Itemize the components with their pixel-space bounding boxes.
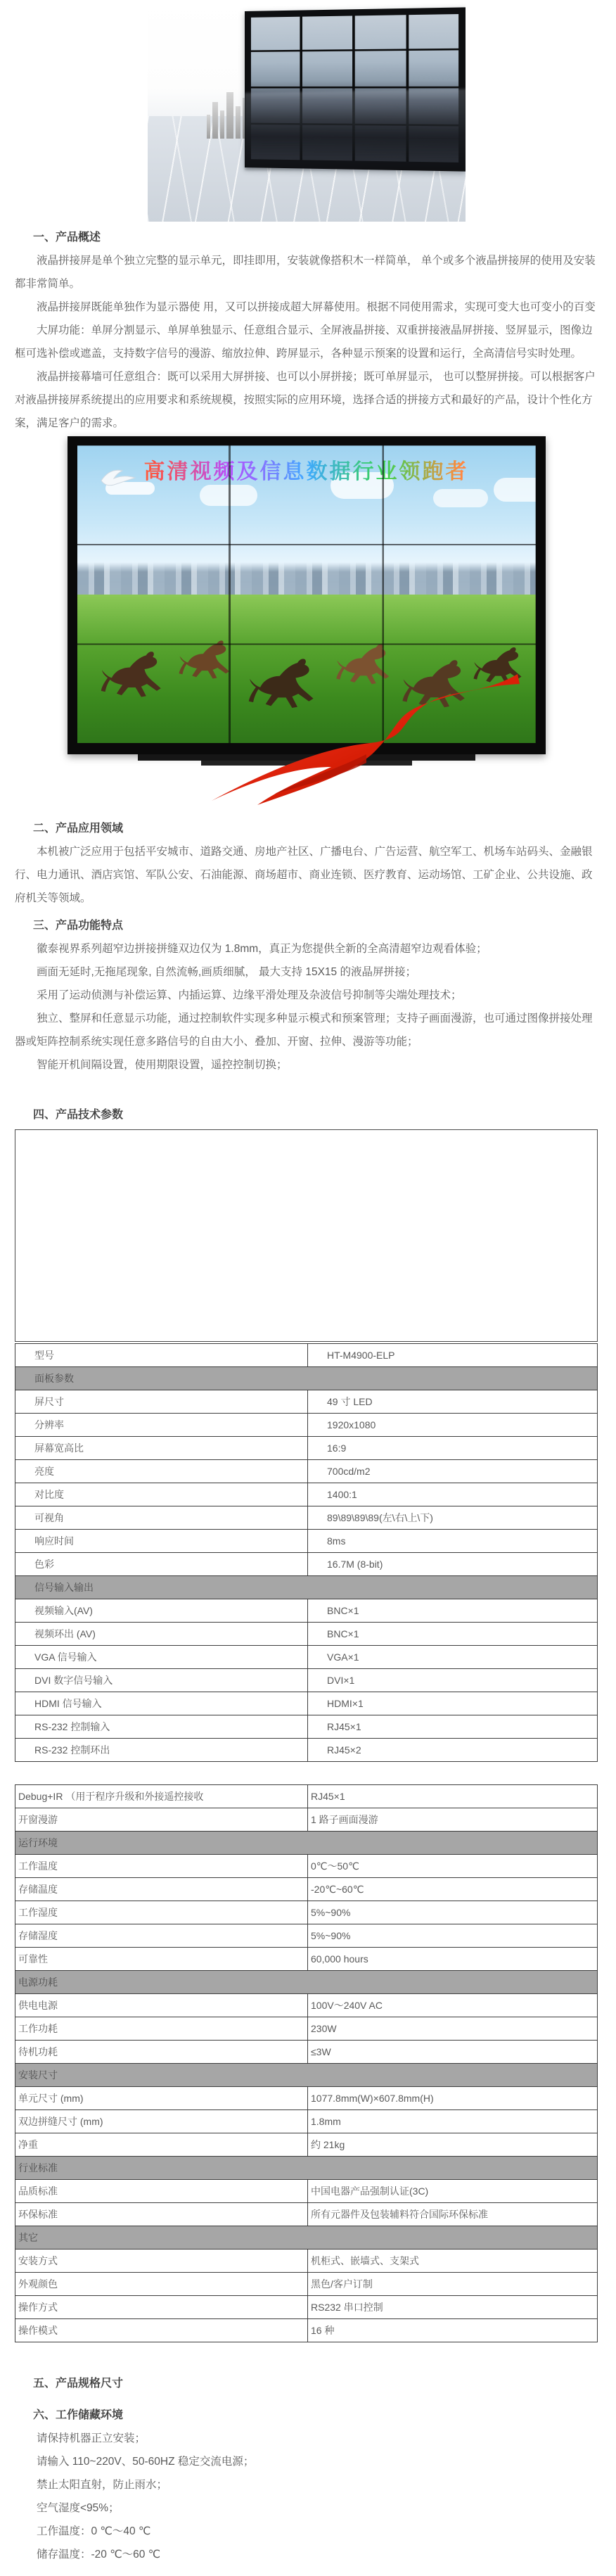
spec-row: 响应时间8ms	[15, 1530, 598, 1553]
spec-section-title: 信号输入输出	[15, 1576, 598, 1599]
spec-value: RJ45×1	[308, 1785, 598, 1808]
spec-key: 待机功耗	[15, 2041, 308, 2064]
spec-section-title: 安装尺寸	[15, 2064, 598, 2087]
spec-value: -20℃~60℃	[308, 1878, 598, 1901]
spec-value: 0℃～50℃	[308, 1855, 598, 1878]
feature-item: 智能开机间隔设置，使用期限设置，遥控控制切换；	[15, 1053, 598, 1077]
spec-key: RS-232 控制输入	[15, 1715, 308, 1739]
spec-row: 亮度700cd/m2	[15, 1460, 598, 1483]
spec-key: 亮度	[15, 1460, 308, 1483]
spec-key: 对比度	[15, 1483, 308, 1506]
spec-key: 操作方式	[15, 2296, 308, 2319]
spec-key: 视频环出 (AV)	[15, 1623, 308, 1646]
spec-key: 单元尺寸 (mm)	[15, 2087, 308, 2110]
spec-key: 供电电源	[15, 1994, 308, 2017]
spec-row: 视频环出 (AV)BNC×1	[15, 1623, 598, 1646]
spec-row: RS-232 控制环出RJ45×2	[15, 1739, 598, 1762]
spec-value: DVI×1	[308, 1669, 598, 1692]
overview-paragraphs: 液晶拼接屏是单个独立完整的显示单元，即挂即用，安装就像搭积木一样简单， 单个或多…	[15, 249, 598, 435]
spec-row: 型号HT-M4900-ELP	[15, 1344, 598, 1367]
table-gap	[15, 1762, 598, 1783]
feature-item: 独立、整屏和任意显示功能，通过控制软件实现多种显示模式和预案管理；支持子画面漫游…	[15, 1007, 598, 1053]
spec-value: 89\89\89\89(左\右\上\下)	[308, 1506, 598, 1530]
spec-row: 视频输入(AV)BNC×1	[15, 1599, 598, 1623]
spec-row: 外观颜色黑色/客户订制	[15, 2273, 598, 2296]
spec-key: 工作温度	[15, 1855, 308, 1878]
spec-row: HDMI 信号输入HDMI×1	[15, 1692, 598, 1715]
spec-key: 屏幕宽高比	[15, 1437, 308, 1460]
environment-line: 禁止太阳直射，防止雨水；	[15, 2473, 598, 2496]
spec-table-other: Debug+IR （用于程序升级和外接遥控接收RJ45×1开窗漫游1 路子画面漫…	[15, 1784, 598, 2342]
spec-key: 环保标准	[15, 2203, 308, 2226]
spec-value: 所有元器件及包装辅料符合国际环保标准	[308, 2203, 598, 2226]
red-ribbon-graphic	[198, 670, 521, 811]
spec-row: 供电电源100V～240V AC	[15, 1994, 598, 2017]
spec-key: 开窗漫游	[15, 1808, 308, 1832]
spec-key: 屏尺寸	[15, 1390, 308, 1414]
spec-row: 待机功耗≤3W	[15, 2041, 598, 2064]
overview-paragraph: 液晶拼接屏是单个独立完整的显示单元，即挂即用，安装就像搭积木一样简单， 单个或多…	[15, 249, 598, 296]
spec-section-title: 行业标准	[15, 2157, 598, 2180]
spec-row: 色彩16.7M (8-bit)	[15, 1553, 598, 1576]
spec-value: 230W	[308, 2017, 598, 2041]
spec-row: 存储温度-20℃~60℃	[15, 1878, 598, 1901]
spec-row: DVI 数字信号输入DVI×1	[15, 1669, 598, 1692]
spec-row: 净重约 21kg	[15, 2133, 598, 2157]
hero-product-image	[148, 0, 466, 222]
overview-paragraph: 液晶拼接屏既能单独作为显示器使 用，又可以拼接成超大屏幕使用。根据不同使用需求，…	[15, 296, 598, 319]
spec-value: 1077.8mm(W)×607.8mm(H)	[308, 2087, 598, 2110]
section-title-overview: 一、产品概述	[15, 226, 598, 249]
spec-row: 存储湿度5%~90%	[15, 1924, 598, 1948]
spec-value: RS232 串口控制	[308, 2296, 598, 2319]
spec-value: 黑色/客户订制	[308, 2273, 598, 2296]
overview-paragraph: 液晶拼接幕墙可任意组合：既可以采用大屏拼接、也可以小屏拼接；既可单屏显示， 也可…	[15, 365, 598, 435]
spec-value: HDMI×1	[308, 1692, 598, 1715]
spec-value: 约 21kg	[308, 2133, 598, 2157]
spec-value: RJ45×2	[308, 1739, 598, 1762]
environment-line: 储存温度：-20 ℃～60 ℃	[15, 2543, 598, 2566]
spec-value: 1.8mm	[308, 2110, 598, 2133]
spec-value: RJ45×1	[308, 1715, 598, 1739]
spec-row: 环保标准所有元器件及包装辅料符合国际环保标准	[15, 2203, 598, 2226]
spec-value: 60,000 hours	[308, 1948, 598, 1971]
spec-row: 安装方式机柜式、嵌墙式、支架式	[15, 2250, 598, 2273]
spec-key: 响应时间	[15, 1530, 308, 1553]
spec-value: 机柜式、嵌墙式、支架式	[308, 2250, 598, 2273]
spec-row: 工作湿度5%~90%	[15, 1901, 598, 1924]
spec-section-header-row: 安装尺寸	[15, 2064, 598, 2087]
spec-table-panel: 型号HT-M4900-ELP面板参数屏尺寸49 寸 LED分辨率1920x108…	[15, 1343, 598, 1762]
environment-line: 请输入 110~220V、50-60HZ 稳定交流电源；	[15, 2450, 598, 2473]
environment-line: 工作温度：0 ℃～40 ℃	[15, 2520, 598, 2543]
spec-row: 屏尺寸49 寸 LED	[15, 1390, 598, 1414]
spec-value: 700cd/m2	[308, 1460, 598, 1483]
spec-row: Debug+IR （用于程序升级和外接遥控接收RJ45×1	[15, 1785, 598, 1808]
section-title-features: 三、产品功能特点	[15, 914, 598, 937]
spec-value: 5%~90%	[308, 1924, 598, 1948]
spec-row: 单元尺寸 (mm)1077.8mm(W)×607.8mm(H)	[15, 2087, 598, 2110]
spec-row: 操作方式RS232 串口控制	[15, 2296, 598, 2319]
spec-row: RS-232 控制输入RJ45×1	[15, 1715, 598, 1739]
spec-row: 双边拼缝尺寸 (mm)1.8mm	[15, 2110, 598, 2133]
spec-section-header-row: 行业标准	[15, 2157, 598, 2180]
applications-paragraph: 本机被广泛应用于包括平安城市、道路交通、房地产社区、广播电台、广告运营、航空军工…	[15, 840, 598, 910]
spec-row: 可视角89\89\89\89(左\右\上\下)	[15, 1506, 598, 1530]
video-wall-reflection	[245, 89, 466, 170]
spec-value: 16.7M (8-bit)	[308, 1553, 598, 1576]
feature-item: 画面无延时,无拖尾现象, 自然流畅,画质细腻， 最大支持 15X15 的液晶屏拼…	[15, 960, 598, 984]
spec-section-header-row: 运行环境	[15, 1832, 598, 1855]
spec-key: 型号	[15, 1344, 308, 1367]
spec-key: 存储温度	[15, 1878, 308, 1901]
dove-icon	[96, 465, 141, 493]
environment-lines: 请保持机器正立安装；请输入 110~220V、50-60HZ 稳定交流电源；禁止…	[15, 2427, 598, 2566]
spec-key: 净重	[15, 2133, 308, 2157]
spec-key: 外观颜色	[15, 2273, 308, 2296]
spec-key: 工作湿度	[15, 1901, 308, 1924]
spec-section-title: 其它	[15, 2226, 598, 2250]
overview-paragraph: 大屏功能：单屏分割显示、单屏单独显示、任意组合显示、全屏液晶拼接、双重拼接液晶屏…	[15, 319, 598, 365]
section-title-dimensions: 五、产品规格尺寸	[15, 2372, 598, 2395]
spec-section-header-row: 面板参数	[15, 1367, 598, 1390]
spec-section-title: 面板参数	[15, 1367, 598, 1390]
environment-line: 请保持机器正立安装；	[15, 2427, 598, 2450]
spec-value: BNC×1	[308, 1599, 598, 1623]
spec-row: 可靠性60,000 hours	[15, 1948, 598, 1971]
environment-line: 空气湿度<95%；	[15, 2496, 598, 2520]
spec-key: 安装方式	[15, 2250, 308, 2273]
spec-key: 操作模式	[15, 2319, 308, 2342]
spec-key: DVI 数字信号输入	[15, 1669, 308, 1692]
spec-key: HDMI 信号输入	[15, 1692, 308, 1715]
section-title-specs: 四、产品技术参数	[15, 1103, 598, 1127]
spec-row: 品质标准中国电器产品强制认证(3C)	[15, 2180, 598, 2203]
spec-section-header-row: 电源功耗	[15, 1971, 598, 1994]
spec-value: 1920x1080	[308, 1414, 598, 1437]
applications-paragraphs: 本机被广泛应用于包括平安城市、道路交通、房地产社区、广播电台、广告运营、航空军工…	[15, 840, 598, 910]
spec-row: VGA 信号输入VGA×1	[15, 1646, 598, 1669]
spec-row: 工作功耗230W	[15, 2017, 598, 2041]
spec-value: 100V～240V AC	[308, 1994, 598, 2017]
spec-value: ≤3W	[308, 2041, 598, 2064]
spec-row: 分辨率1920x1080	[15, 1414, 598, 1437]
feature-item: 采用了运动侦测与补偿运算、内插运算、边缘平滑处理及杂波信号抑制等尖端处理技术；	[15, 984, 598, 1007]
spec-section-title: 电源功耗	[15, 1971, 598, 1994]
spec-key: RS-232 控制环出	[15, 1739, 308, 1762]
spec-value: 中国电器产品强制认证(3C)	[308, 2180, 598, 2203]
spec-key: 色彩	[15, 1553, 308, 1576]
spec-value: 16 种	[308, 2319, 598, 2342]
spec-section-header-row: 其它	[15, 2226, 598, 2250]
features-paragraphs: 徽泰视界系列超窄边拼接拼缝双边仅为 1.8mm，真正为您提供全新的全高清超窄边观…	[15, 937, 598, 1077]
spec-row: 对比度1400:1	[15, 1483, 598, 1506]
spec-value: HT-M4900-ELP	[308, 1344, 598, 1367]
spec-row: 开窗漫游1 路子画面漫游	[15, 1808, 598, 1832]
spec-key: 可靠性	[15, 1948, 308, 1971]
spec-value: 49 寸 LED	[308, 1390, 598, 1414]
spec-value: 8ms	[308, 1530, 598, 1553]
spec-value: 5%~90%	[308, 1901, 598, 1924]
spec-value: 1400:1	[308, 1483, 598, 1506]
spec-key: VGA 信号输入	[15, 1646, 308, 1669]
section-title-applications: 二、产品应用领域	[15, 817, 598, 840]
section-title-environment: 六、工作储藏环境	[15, 2404, 598, 2427]
product-detail-page: 一、产品概述 液晶拼接屏是单个独立完整的显示单元，即挂即用，安装就像搭积木一样简…	[0, 0, 616, 2576]
spec-key: 视频输入(AV)	[15, 1599, 308, 1623]
showcase-product-image: 高清视频及信息数据行业领跑者	[60, 436, 553, 813]
spec-image-placeholder	[15, 1129, 598, 1342]
spec-section-title: 运行环境	[15, 1832, 598, 1855]
spec-value: VGA×1	[308, 1646, 598, 1669]
spec-key: 品质标准	[15, 2180, 308, 2203]
spec-key: 可视角	[15, 1506, 308, 1530]
spec-key: Debug+IR （用于程序升级和外接遥控接收	[15, 1785, 308, 1808]
spec-row: 屏幕宽高比16:9	[15, 1437, 598, 1460]
spec-value: 1 路子画面漫游	[308, 1808, 598, 1832]
spec-key: 存储湿度	[15, 1924, 308, 1948]
spec-row: 工作温度0℃～50℃	[15, 1855, 598, 1878]
spec-key: 工作功耗	[15, 2017, 308, 2041]
spec-value: 16:9	[308, 1437, 598, 1460]
spec-key: 双边拼缝尺寸 (mm)	[15, 2110, 308, 2133]
spec-value: BNC×1	[308, 1623, 598, 1646]
feature-item: 徽泰视界系列超窄边拼接拼缝双边仅为 1.8mm，真正为您提供全新的全高清超窄边观…	[15, 937, 598, 960]
spec-row: 操作模式16 种	[15, 2319, 598, 2342]
spec-key: 分辨率	[15, 1414, 308, 1437]
spec-section-header-row: 信号输入输出	[15, 1576, 598, 1599]
